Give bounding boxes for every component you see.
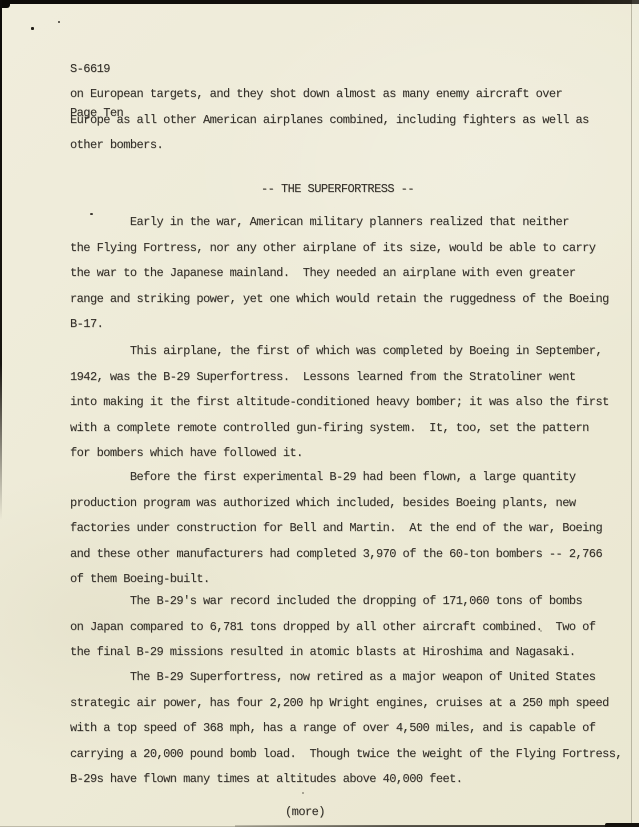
- scan-edge-right-line: [631, 4, 632, 827]
- document-number: S-6619: [70, 62, 123, 77]
- paragraph: Early in the war, American military plan…: [70, 210, 609, 338]
- scan-corner-bottom-right: [605, 823, 639, 827]
- continuation-marker: (more): [0, 800, 610, 826]
- paragraph-continuation: on European targets, and they shot down …: [70, 82, 589, 159]
- scan-edge-top: [0, 0, 639, 4]
- section-heading: -- THE SUPERFORTRESS --: [70, 177, 605, 203]
- paragraph: The B-29 Superfortress, now retired as a…: [70, 665, 622, 793]
- ink-speck: [31, 27, 34, 30]
- paragraph: Before the first experimental B-29 had b…: [70, 465, 602, 593]
- scan-edge-left: [0, 0, 2, 520]
- ink-speck: [58, 21, 60, 23]
- scan-paper-edge-right: [632, 0, 639, 827]
- paragraph: The B-29's war record included the dropp…: [70, 589, 595, 666]
- paragraph: This airplane, the first of which was co…: [70, 339, 609, 467]
- typewritten-press-release-page: S-6619 Page Ten on European targets, and…: [0, 0, 639, 827]
